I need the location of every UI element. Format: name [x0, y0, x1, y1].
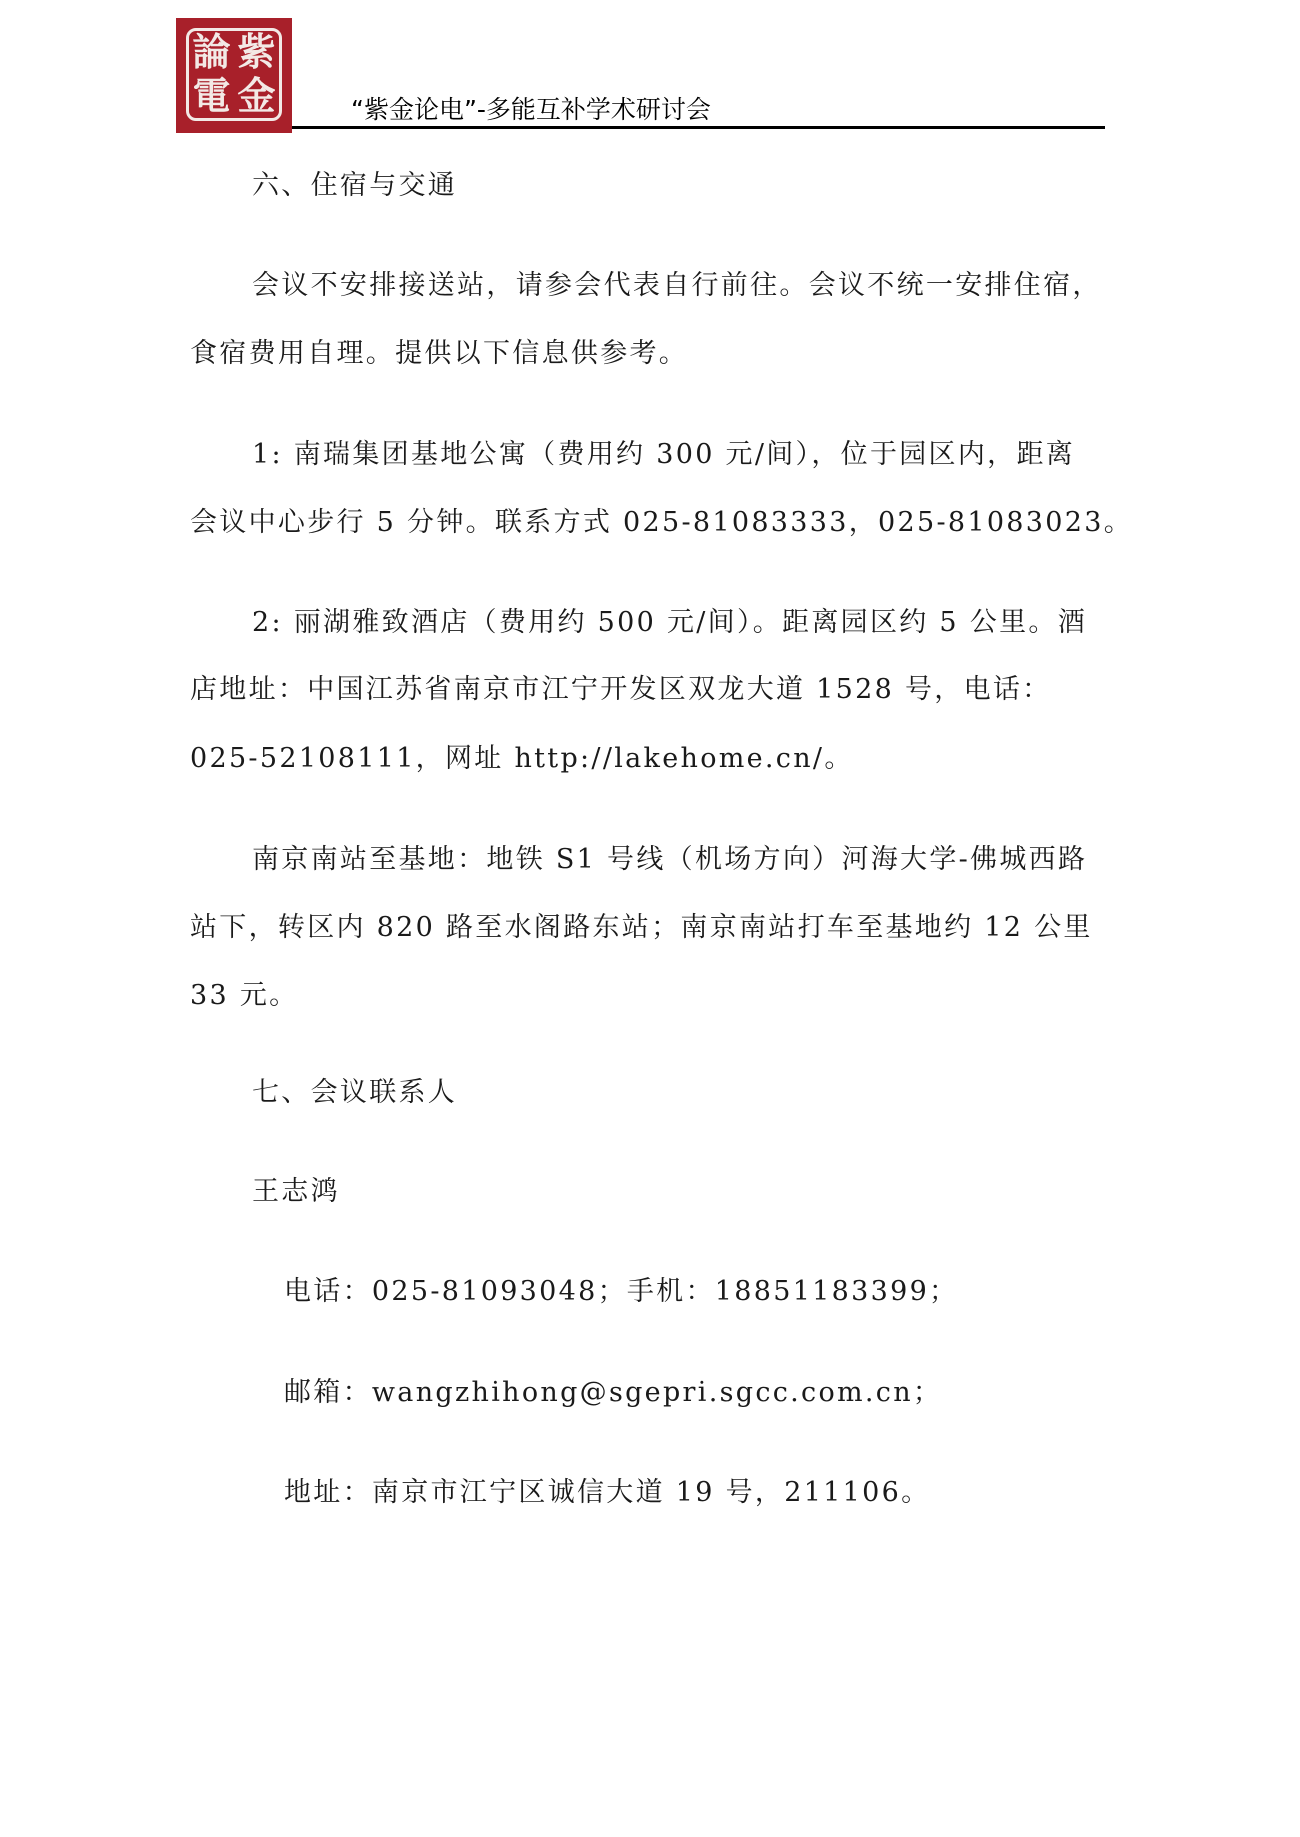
paragraph-line: 025-52108111，网址 http://lakehome.cn/。 — [190, 742, 854, 776]
logo-glyph: 電 — [189, 75, 234, 119]
paragraph-line: 店地址：中国江苏省南京市江宁开发区双龙大道 1528 号，电话： — [190, 673, 1051, 707]
paragraph-line: 站下，转区内 820 路至水阁路东站；南京南站打车至基地约 12 公里 — [190, 911, 1093, 945]
paragraph-line: 会议中心步行 5 分钟。联系方式 025-81083333，025-810830… — [190, 506, 1133, 540]
paragraph-line: 2: 丽湖雅致酒店（费用约 500 元/间）。距离园区约 5 公里。酒 — [252, 606, 1087, 640]
paragraph-line: 食宿费用自理。提供以下信息供参考。 — [190, 337, 688, 371]
contact-email: 邮箱：wangzhihong@sgepri.sgcc.com.cn； — [284, 1376, 942, 1410]
section-heading: 六、住宿与交通 — [252, 169, 457, 203]
paragraph-line: 1: 南瑞集团基地公寓（费用约 300 元/间），位于园区内，距离 — [252, 438, 1075, 472]
logo-glyph: 紫 — [234, 31, 279, 75]
contact-phone: 电话：025-81093048；手机：18851183399； — [284, 1275, 958, 1309]
paragraph-line: 南京南站至基地：地铁 S1 号线（机场方向）河海大学-佛城西路 — [252, 843, 1087, 877]
paragraph-line: 33 元。 — [190, 979, 298, 1013]
logo-border: 論 紫 電 金 — [186, 28, 282, 121]
contact-name: 王志鸿 — [252, 1175, 340, 1209]
header-divider — [292, 126, 1105, 129]
logo-glyph: 論 — [189, 31, 234, 75]
logo-glyph: 金 — [234, 75, 279, 119]
contact-address: 地址：南京市江宁区诚信大道 19 号，211106。 — [284, 1476, 930, 1510]
paragraph-line: 会议不安排接送站，请参会代表自行前往。会议不统一安排住宿， — [252, 269, 1102, 303]
header-title: “紫金论电”-多能互补学术研讨会 — [351, 90, 711, 126]
logo-seal: 論 紫 電 金 — [176, 18, 292, 133]
section-heading: 七、会议联系人 — [252, 1076, 457, 1110]
